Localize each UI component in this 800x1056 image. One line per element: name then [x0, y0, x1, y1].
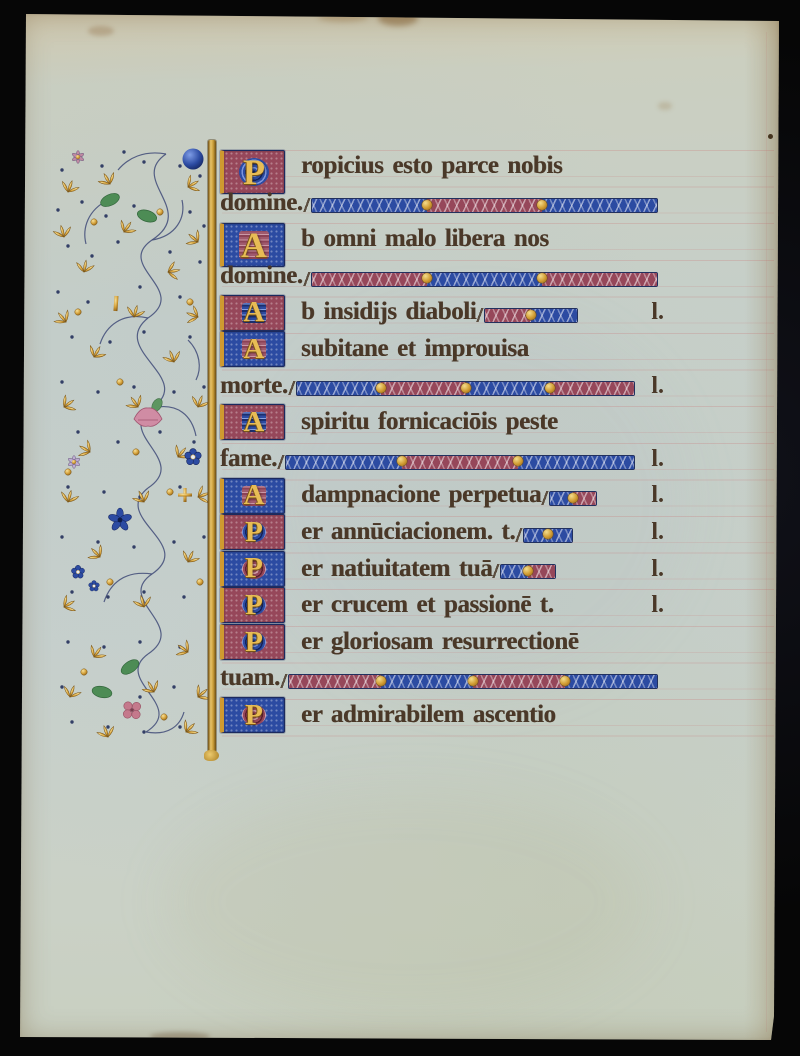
gold-bar-divider: [208, 140, 216, 752]
vertical-ruling-line: [766, 32, 767, 1032]
gold-trefoil-leaves: [51, 169, 208, 741]
line-filler: [500, 564, 556, 579]
filler-segment-red: [473, 675, 565, 688]
manuscript-text-line: Ab omni malo libera nos: [220, 221, 666, 258]
initial-letter: P: [245, 701, 263, 730]
latin-text: dampnacione perpetua: [301, 477, 541, 513]
manuscript-text-line: Per annūciacionem. t.l.: [220, 514, 666, 551]
versicle-abbreviation: l.: [651, 587, 664, 623]
initial-letter: A: [241, 227, 267, 263]
filler-segment-red: [289, 675, 381, 688]
initial-letter: P: [243, 154, 265, 190]
illuminated-initial-P: P: [220, 551, 285, 587]
latin-text: morte.: [220, 368, 288, 404]
initial-letter: P: [245, 554, 263, 583]
filler-segment-blue: [297, 382, 381, 395]
initial-letter: A: [244, 298, 265, 327]
illuminated-initial-A: A: [220, 295, 285, 331]
text-block: Propicius esto parce nobisdomine.Ab omni…: [220, 148, 666, 734]
blue-berry: [183, 149, 204, 170]
ink-dots: [56, 150, 205, 733]
filler-segment-blue: [427, 273, 542, 286]
parchment-stain: [378, 10, 418, 26]
manuscript-text-line: Ab insidijs diabolil.: [220, 294, 666, 331]
manuscript-text-line: Per natiuitatem tuāl.: [220, 551, 666, 588]
filler-segment-blue: [286, 456, 402, 469]
gold-dots: [65, 209, 203, 720]
line-filler: [484, 308, 578, 323]
versicle-abbreviation: l.: [651, 368, 664, 404]
line-filler: [523, 528, 573, 543]
manuscript-text-line: Per admirabilem ascentio: [220, 697, 666, 734]
blue-pinwheel-flower: [108, 508, 133, 532]
initial-letter: A: [244, 408, 265, 437]
manuscript-text-line: Per gloriosam resurrectionē: [220, 624, 666, 661]
gold-bar-motif: [113, 296, 118, 311]
line-filler: [296, 381, 636, 396]
green-leaf: [91, 685, 113, 700]
parchment-stain: [658, 102, 672, 110]
vine-scroll: [85, 153, 199, 733]
gold-cross-motif: [178, 488, 192, 502]
latin-text: er crucem et passionē t.: [301, 587, 554, 623]
illuminated-initial-A: A: [220, 478, 285, 514]
illuminated-initial-A: A: [220, 404, 285, 440]
initial-letter: A: [244, 335, 265, 364]
latin-text: tuam.: [220, 660, 280, 696]
illuminated-initial-P: P: [220, 697, 285, 733]
filler-segment-blue: [518, 456, 634, 469]
manuscript-text-line: Asubitane et improuisa: [220, 331, 666, 368]
latin-text: fame.: [220, 441, 277, 477]
blue-cornflower: [89, 581, 100, 591]
illuminated-floral-border: [48, 140, 208, 750]
manuscript-text-line: morte.l.: [220, 368, 666, 405]
latin-text: er natiuitatem tuā: [301, 551, 492, 587]
manuscript-text-line: domine.: [220, 258, 666, 295]
line-filler: [311, 272, 658, 287]
manuscript-text-line: domine.: [220, 185, 666, 222]
versicle-abbreviation: l.: [651, 477, 664, 513]
manuscript-text-line: Per crucem et passionē t.l.: [220, 587, 666, 624]
green-leaf: [99, 191, 122, 209]
illuminated-initial-P: P: [220, 587, 285, 623]
blue-cornflower: [71, 565, 84, 578]
illuminated-initial-A: A: [220, 331, 285, 367]
lavender-star-flower: [67, 456, 80, 469]
latin-text: er admirabilem ascentio: [301, 697, 556, 733]
flowers-and-leaves: [67, 149, 203, 719]
manuscript-leaf: Propicius esto parce nobisdomine.Ab omni…: [18, 12, 780, 1042]
initial-letter: P: [245, 591, 263, 620]
filler-segment-blue: [531, 309, 577, 322]
parchment-stain: [150, 1032, 210, 1041]
photograph-background: Propicius esto parce nobisdomine.Ab omni…: [0, 0, 800, 1056]
versicle-abbreviation: l.: [651, 514, 664, 550]
line-filler: [285, 455, 635, 470]
latin-text: spiritu fornicaciōis peste: [301, 404, 558, 440]
manuscript-text-line: fame.l.: [220, 441, 666, 478]
parchment-stain: [88, 26, 114, 36]
versicle-abbreviation: l.: [651, 551, 664, 587]
initial-letter: P: [245, 518, 263, 547]
pink-star-flower: [71, 151, 84, 164]
parchment-discoloration: [168, 792, 648, 1012]
latin-text: er gloriosam resurrectionē: [301, 624, 578, 660]
filler-segment-blue: [542, 199, 657, 212]
manuscript-text-line: tuam.: [220, 660, 666, 697]
filler-segment-blue: [312, 199, 427, 212]
latin-text: subitane et improuisa: [301, 331, 529, 367]
manuscript-text-line: Propicius esto parce nobis: [220, 148, 666, 185]
illuminated-initial-P: P: [220, 514, 285, 550]
latin-text: ropicius esto parce nobis: [301, 148, 562, 184]
filler-segment-red: [550, 382, 634, 395]
green-leaf: [119, 657, 142, 677]
initial-letter: A: [244, 481, 265, 510]
versicle-abbreviation: l.: [651, 441, 664, 477]
blue-cornflower: [185, 449, 201, 465]
line-filler: [288, 674, 658, 689]
filler-segment-blue: [381, 675, 473, 688]
line-filler: [311, 198, 658, 213]
filler-segment-blue: [565, 675, 657, 688]
filler-segment-red: [312, 273, 427, 286]
filler-segment-red: [402, 456, 518, 469]
filler-segment-red: [427, 199, 542, 212]
versicle-abbreviation: l.: [651, 294, 664, 330]
filler-segment-blue: [550, 492, 573, 505]
illuminated-initial-P: P: [220, 624, 285, 660]
filler-segment-blue: [466, 382, 550, 395]
latin-text: b omni malo libera nos: [301, 221, 549, 257]
latin-text: er annūciacionem. t.: [301, 514, 515, 550]
filler-segment-red: [485, 309, 531, 322]
green-leaf: [136, 208, 158, 225]
initial-letter: P: [245, 628, 263, 657]
filler-segment-blue: [524, 529, 548, 542]
filler-segment-blue: [501, 565, 528, 578]
line-filler: [549, 491, 597, 506]
filler-segment-red: [542, 273, 657, 286]
parchment-speck: [768, 134, 773, 139]
filler-segment-red: [381, 382, 465, 395]
pink-quatrefoil: [123, 702, 140, 719]
parchment-stain: [318, 12, 368, 22]
manuscript-text-line: Aspiritu fornicaciōis peste: [220, 404, 666, 441]
latin-text: b insidijs diaboli: [301, 294, 476, 330]
manuscript-text-line: Adampnacione perpetual.: [220, 477, 666, 514]
